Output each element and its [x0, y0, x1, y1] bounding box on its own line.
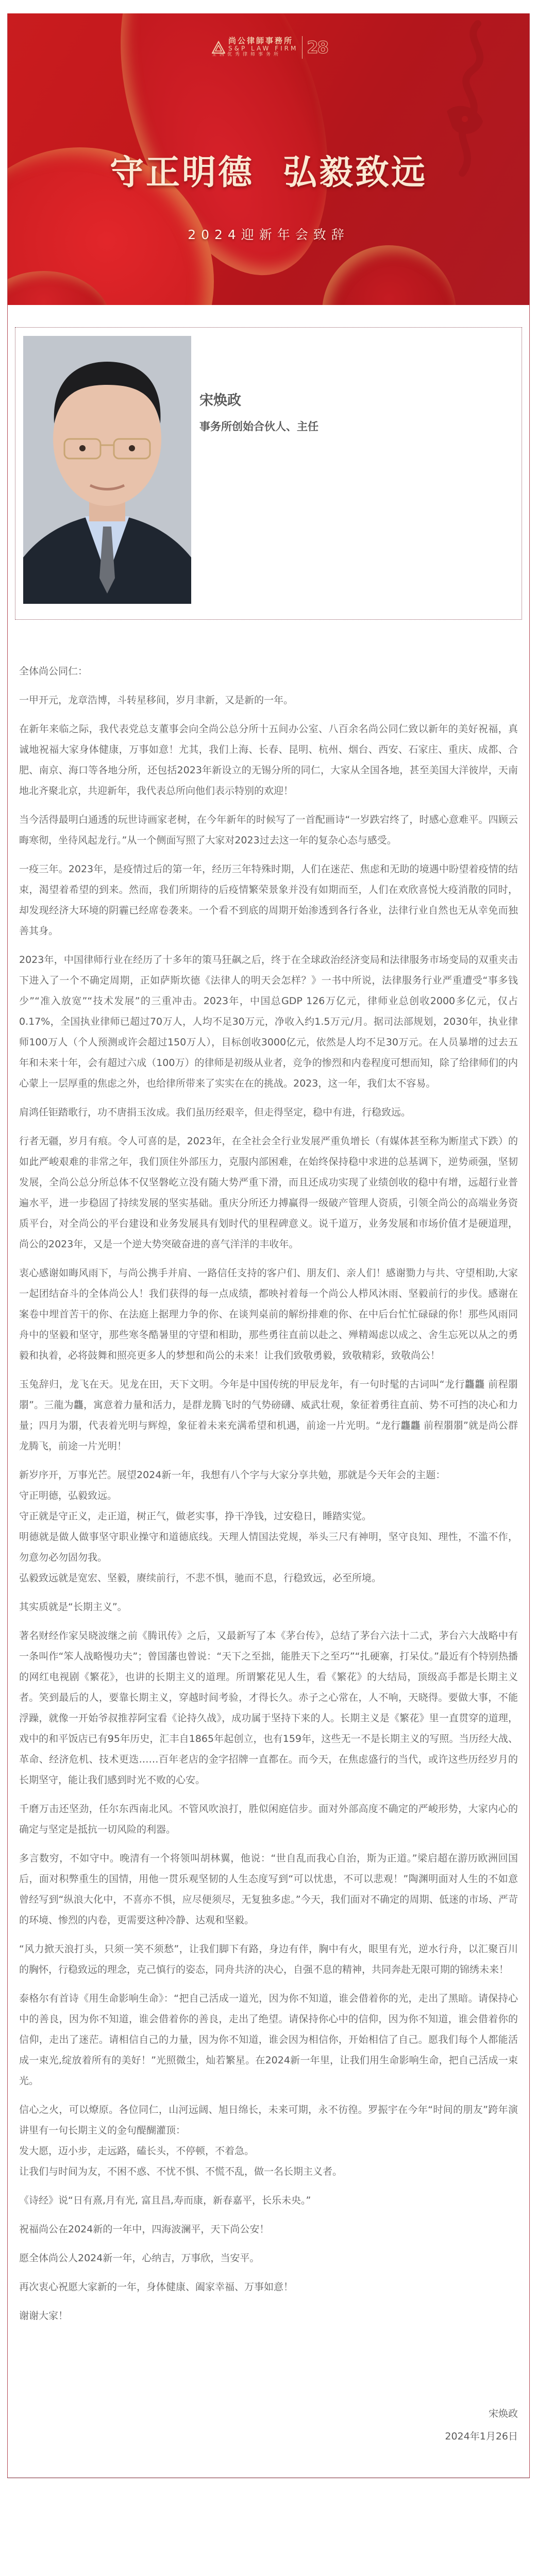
logo-divider: [302, 36, 303, 59]
letter-paragraph: 泰格尔有首诗《用生命影响生命》：“把自己活成一道光，因为你不知道，谁会借着你的光…: [19, 1988, 518, 2091]
profile-name: 宋焕政: [199, 389, 318, 409]
signature-name: 宋焕政: [19, 2403, 518, 2424]
decorative-wave: [322, 245, 456, 305]
letter-salutation: 全体尚公同仁：: [19, 661, 518, 682]
letter-paragraph: 守正就是守正义，走正道，树正气，做老实事，挣干净钱，过安稳日，睡踏实觉。: [19, 1506, 518, 1527]
letter-paragraph: 玉兔辞归，龙飞在天。见龙在田，天下文明。今年是中国传统的甲辰龙年，有一句时髦的古…: [19, 1374, 518, 1456]
signature-block: 宋焕政2024年1月26日: [19, 2403, 518, 2447]
letter-paragraph: 当今活得最明白通透的玩世诗画家老树，在今年新年的时候写了一首配画诗“一岁跌宕终了…: [19, 809, 518, 851]
header-banner: 尚公律師事務所 S&P LAW FIRM 全国优秀律师事务所 28 守正明德弘毅…: [8, 13, 529, 305]
letter-paragraph: 肩鸿任钜踏歌行，功不唐捐玉汝成。我们虽历经艰辛，但走得坚定，稳中有进，行稳致远。: [19, 1102, 518, 1123]
letter-paragraph: 衷心感谢如晦风雨下，与尚公携手并肩、一路信任支持的客户们、朋友们、亲人们！感谢勠…: [19, 1263, 518, 1366]
logo-tagline: 全国优秀律师事务所: [212, 53, 298, 57]
firm-logo: 尚公律師事務所 S&P LAW FIRM 全国优秀律师事务所 28: [212, 36, 328, 59]
banner-title: 守正明德弘毅致远: [8, 145, 529, 194]
letter-paragraph: 著名财经作家吴晓波继之前《腾讯传》之后，又最新写了本《茅台传》，总结了茅台六法十…: [19, 1625, 518, 1790]
letter-paragraph: 新岁序开，万事光芒。展望2024新一年，我想有八个字与大家分享共勉，那就是今天年…: [19, 1465, 518, 1485]
letter-paragraph: 再次衷心祝愿大家新的一年，身体健康、阖家幸福、万事如意！: [19, 2277, 518, 2297]
profile-section: 宋焕政 事务所创始合伙人、主任: [8, 305, 529, 620]
banner-title-part1: 守正明德: [110, 152, 254, 192]
letter-paragraph: 明德就是做人做事坚守职业操守和道德底线。天理人情国法党规，举头三尺有神明，坚守良…: [19, 1527, 518, 1568]
letter-paragraph: 多言数穷，不如守中。晚清有一个将领叫胡林翼，他说：“世自乱而我心自治，斯为正道。…: [19, 1848, 518, 1930]
letter-paragraph: 一疫三年。2023年，是疫情过后的第一年，经历三年特殊时期，人们在迷茫、焦虑和无…: [19, 859, 518, 941]
logo-name-cn: 尚公律師事務所: [228, 37, 298, 45]
portrait-photo: [23, 336, 191, 604]
letter-paragraph: 信心之火，可以燎原。各位同仁，山河远阔、旭日绵长，未来可期，永不彷徨。罗振宇在今…: [19, 2099, 518, 2141]
letter-paragraph: 2023年，中国律师行业在经历了十多年的策马狂飙之后，终于在全球政治经济变局和法…: [19, 950, 518, 1094]
anniversary-badge: 28: [307, 38, 328, 57]
letter-paragraph: 其实质就是“长期主义”。: [19, 1597, 518, 1617]
letter-paragraph: 《诗经》说“日有熹,月有光, 富且昌,寿而康，新春嘉平，长乐未央。”: [19, 2190, 518, 2211]
letter-paragraph: 行者无疆，岁月有痕。令人可喜的是，2023年，在全社会全行业发展严重负增长（有媒…: [19, 1131, 518, 1255]
profile-info: 宋焕政 事务所创始合伙人、主任: [191, 389, 318, 604]
letter-paragraph: “风力掀天浪打头，只须一笑不须愁”，让我们脚下有路，身边有伴，胸中有火，眼里有光…: [19, 1939, 518, 1980]
signature-date: 2024年1月26日: [19, 2426, 518, 2447]
banner-title-part2: 弘毅致远: [283, 152, 427, 192]
letter-paragraph: 守正明德，弘毅致远。: [19, 1485, 518, 1506]
letter-paragraph: 在新年来临之际，我代表党总支董事会向全尚公总分所十五间办公室、八百余名尚公同仁致…: [19, 719, 518, 801]
logo-name-en: S&P LAW FIRM: [228, 45, 298, 52]
profile-title: 事务所创始合伙人、主任: [199, 418, 318, 434]
banner-subtitle: 2024迎新年会致辞: [8, 225, 529, 243]
letter-paragraph: 祝福尚公在2024新的一年中，四海波澜平，天下尚公安！: [19, 2219, 518, 2240]
letter-paragraph: 发大愿，迈小步，走远路，磕长头，不停顿，不着急。: [19, 2141, 518, 2161]
letter-paragraph: 愿全体尚公人2024新一年，心纳吉，万事欣，当安平。: [19, 2248, 518, 2268]
letter-paragraph: 谢谢大家！: [19, 2306, 518, 2326]
letter-paragraph: 弘毅致远就是宽宏、坚毅，赓续前行，不悲不惧，驰而不息，行稳致远，必至所境。: [19, 1568, 518, 1588]
profile-card: 宋焕政 事务所创始合伙人、主任: [15, 327, 522, 620]
article-page: 尚公律師事務所 S&P LAW FIRM 全国优秀律师事务所 28 守正明德弘毅…: [7, 13, 530, 2478]
person-avatar-icon: [23, 336, 191, 604]
letter-paragraph: 让我们与时间为友，不困不惑、不忧不惧、不慌不乱，做一名长期主义者。: [19, 2161, 518, 2182]
letter-paragraph: 一甲开元，龙章浩博，斗转星移间，岁月聿新，又是新的一年。: [19, 690, 518, 710]
letter-body: 全体尚公同仁：一甲开元，龙章浩博，斗转星移间，岁月聿新，又是新的一年。在新年来临…: [8, 620, 529, 2478]
letter-paragraph: 千磨万击还坚劲，任尔东西南北风。不管风吹浪打，胜似闲庭信步。面对外部高度不确定的…: [19, 1799, 518, 1840]
